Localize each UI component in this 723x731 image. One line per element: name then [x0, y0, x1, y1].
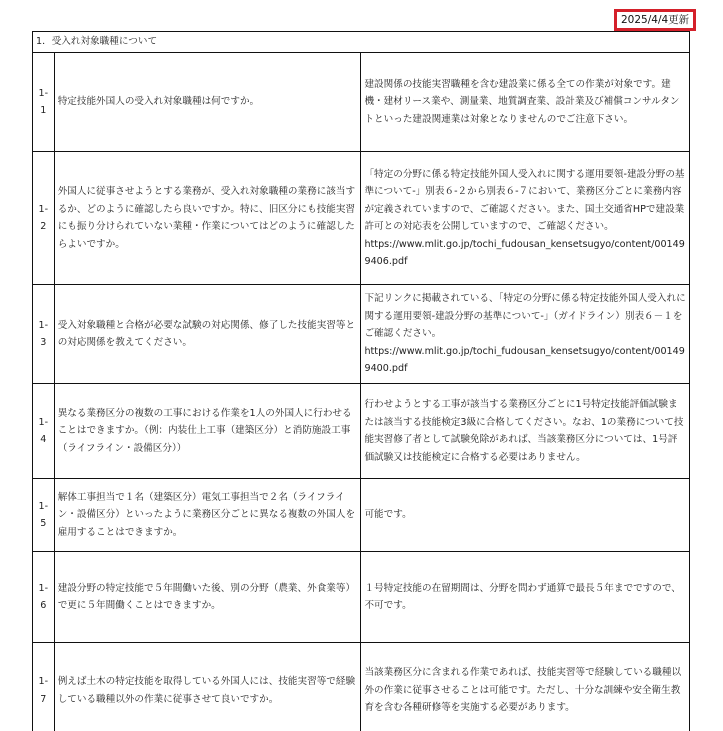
answer-text: 行わせようとする工事が該当する業務区分ごとに1号特定技能評価試験または該当する技…	[361, 384, 690, 479]
section-title: 1．受入れ対象職種について	[33, 32, 690, 53]
question-id: 1-2	[33, 152, 55, 285]
table-row: 1-5 解体工事担当で１名（建築区分）電気工事担当で２名（ライフライン・設備区分…	[33, 479, 690, 552]
answer-cell: 「特定の分野に係る特定技能外国人受入れに関する運用要領-建設分野の基準について-…	[361, 152, 690, 285]
faq-table: 1．受入れ対象職種について 1-1 特定技能外国人の受入れ対象職種は何ですか。 …	[32, 31, 690, 731]
table-row: 1-1 特定技能外国人の受入れ対象職種は何ですか。 建設関係の技能実習職種を含む…	[33, 53, 690, 152]
question-text: 外国人に従事させようとする業務が、受入れ対象職種の業務に該当するか、どのように確…	[54, 152, 361, 285]
question-text: 解体工事担当で１名（建築区分）電気工事担当で２名（ライフライン・設備区分）といっ…	[54, 479, 361, 552]
table-row: 1-4 異なる業務区分の複数の工事における作業を1人の外国人に行わせることはでき…	[33, 384, 690, 479]
question-id: 1-7	[33, 643, 55, 731]
question-id: 1-1	[33, 53, 55, 152]
answer-link[interactable]: https://www.mlit.go.jp/tochi_fudousan_ke…	[364, 236, 686, 271]
answer-cell: 下記リンクに掲載されている、「特定の分野に係る特定技能外国人受入れに関する運用要…	[361, 285, 690, 384]
update-date-stamp: 2025/4/4更新	[614, 9, 696, 31]
answer-text: 建設関係の技能実習職種を含む建設業に係る全ての作業が対象です。建機・建材リース業…	[361, 53, 690, 152]
table-row: 1-3 受入対象職種と合格が必要な試験の対応関係、修了した技能実習等との対応関係…	[33, 285, 690, 384]
answer-text: 当該業務区分に含まれる作業であれば、技能実習等で経験している職種以外の作業に従事…	[361, 643, 690, 731]
table-row: 1-2 外国人に従事させようとする業務が、受入れ対象職種の業務に該当するか、どの…	[33, 152, 690, 285]
question-text: 受入対象職種と合格が必要な試験の対応関係、修了した技能実習等との対応関係を教えて…	[54, 285, 361, 384]
question-text: 特定技能外国人の受入れ対象職種は何ですか。	[54, 53, 361, 152]
question-text: 建設分野の特定技能で５年間働いた後、別の分野（農業、外食業等）で更に５年間働くこ…	[54, 552, 361, 643]
question-text: 例えば土木の特定技能を取得している外国人には、技能実習等で経験している職種以外の…	[54, 643, 361, 731]
answer-text: 下記リンクに掲載されている、「特定の分野に係る特定技能外国人受入れに関する運用要…	[364, 290, 686, 343]
section-header-row: 1．受入れ対象職種について	[33, 32, 690, 53]
question-id: 1-3	[33, 285, 55, 384]
question-id: 1-4	[33, 384, 55, 479]
table-row: 1-6 建設分野の特定技能で５年間働いた後、別の分野（農業、外食業等）で更に５年…	[33, 552, 690, 643]
question-id: 1-5	[33, 479, 55, 552]
question-text: 異なる業務区分の複数の工事における作業を1人の外国人に行わせることはできますか。…	[54, 384, 361, 479]
answer-text: １号特定技能の在留期間は、分野を問わず通算で最長５年までですので、不可です。	[361, 552, 690, 643]
table-row: 1-7 例えば土木の特定技能を取得している外国人には、技能実習等で経験している職…	[33, 643, 690, 731]
question-id: 1-6	[33, 552, 55, 643]
answer-text: 可能です。	[361, 479, 690, 552]
answer-link[interactable]: https://www.mlit.go.jp/tochi_fudousan_ke…	[364, 343, 686, 378]
answer-text: 「特定の分野に係る特定技能外国人受入れに関する運用要領-建設分野の基準について-…	[364, 166, 686, 236]
